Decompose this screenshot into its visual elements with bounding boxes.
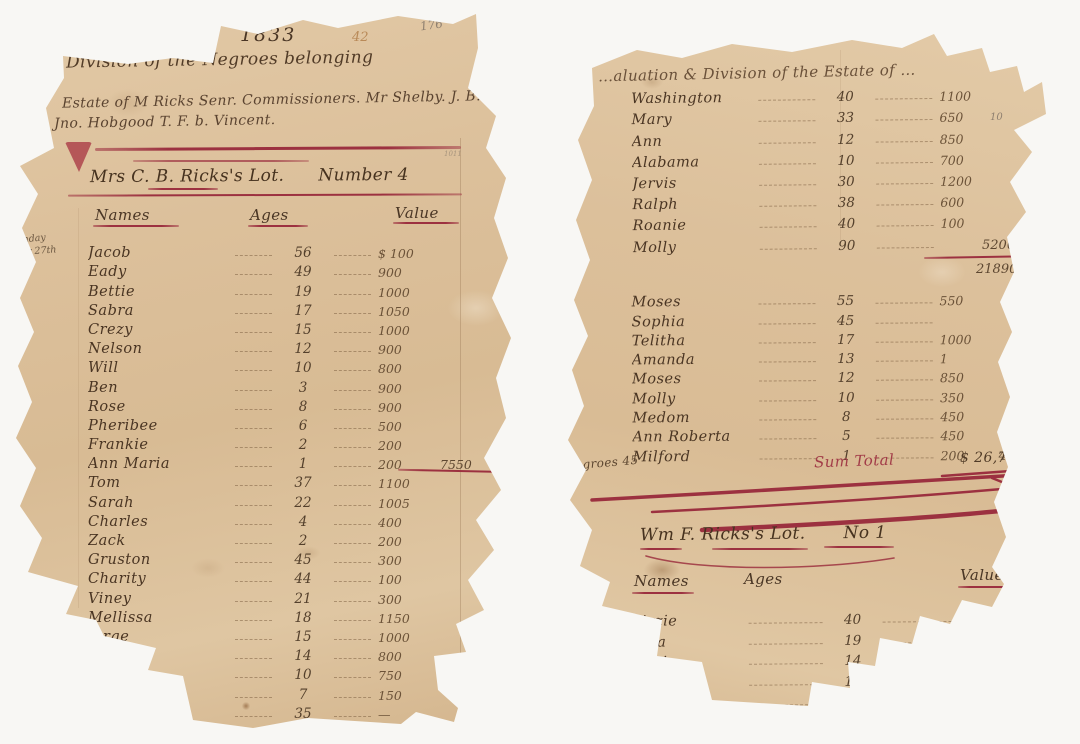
row-name: Will [88,360,228,376]
leader-dashes [758,99,815,101]
table-row: Gruston 45 300 [88,549,486,568]
leader-dashes [876,399,933,400]
column-header-value: Value [395,204,439,222]
lot-heading-number: Number 4 [318,165,409,186]
row-age: 55 [822,293,868,309]
row-name: Mellissa [88,610,228,626]
scanned-document: { "document": { "year": "1833", "pencil_… [0,0,1080,744]
leader-dashes [334,390,371,391]
table-row: 10 750 [88,664,486,683]
red-wax-mark [65,142,92,172]
table-row: Sabra 17 1050 [88,300,486,319]
row-name: Medom [632,410,752,427]
leader-dashes [759,184,816,186]
row-value: 1000 [378,285,440,300]
row-name: Amanda [632,352,752,369]
table-row: Frankie 2 200 [88,434,486,453]
row-value: 200 [378,438,440,453]
table-row: Isom 11 [632,667,1042,691]
leader-dashes [235,716,272,717]
row-age: 49 [279,264,327,280]
row-age: 10 [823,390,869,406]
leader-dashes [235,581,272,582]
row-age: 10 [823,152,869,168]
row-age: 7 [830,714,876,730]
leader-dashes [235,313,272,314]
row-value: 800 [378,649,440,664]
leader-dashes [876,322,933,323]
row-value: $ 100 [378,246,440,261]
row-value: 750 [378,668,440,683]
leader-dashes [759,381,816,382]
row-value: 350 [940,390,998,405]
row-age: 44 [279,571,327,587]
row-name: Molly [632,390,752,407]
row-name: Gruston [88,552,228,568]
leader-dashes [883,662,957,664]
lot-heading-right-page: Wm F. Ricks's Lot. No 1 [640,523,887,546]
row-age: 1 [279,456,327,472]
leader-dashes [749,704,823,706]
row-value: 700 [940,152,998,168]
leader-dashes [334,466,371,467]
table-row: Eady 49 900 [88,261,486,280]
table-row: Viney 21 300 [88,587,486,606]
row-value [964,668,1022,669]
leader-dashes [235,332,272,333]
row-value: 1100 [378,476,440,491]
row-value: — [378,707,440,722]
row-age: 14 [279,648,327,664]
row-name: Viney [88,591,228,607]
row-age: 8 [823,409,869,425]
table-row: Rose 8 900 [88,396,486,415]
red-underline-5200 [924,255,1042,259]
column-header-ages: Ages [250,206,289,224]
red-underline-ricks [148,188,218,190]
red-underline-value [958,586,1014,588]
row-value: 400 [378,515,440,530]
leader-dashes [875,119,932,121]
red-rule-top-short [133,160,309,162]
leader-dashes [334,677,371,678]
row-name: Washington [631,90,751,107]
leader-dashes [760,458,817,459]
red-underline-no1 [824,546,894,548]
row-value: 300 [378,592,440,607]
row-value: 100 [941,216,999,232]
leader-dashes [334,697,371,698]
row-age: 90 [824,237,870,253]
row-age: 2 [279,437,327,453]
row-age: 10 [279,667,327,683]
row-age: 18 [279,610,327,626]
row-age: 30 [823,174,869,190]
row-value [964,708,1022,709]
leader-dashes [334,620,371,621]
table-row: Ben 3 900 [88,376,486,395]
leader-dashes [334,601,371,602]
red-rule-heading [68,193,462,196]
row-value: 1 [940,351,998,366]
row-name: Jacob [88,245,228,261]
row-name: Isom [632,674,742,691]
row-name: Diza [632,634,742,651]
table-row: 35 — [88,703,486,722]
leader-dashes [334,658,371,659]
row-age: 2 [279,533,327,549]
leader-dashes [235,543,272,544]
document-title-line1: Division of the Negroes belonging [66,47,374,72]
row-age: 12 [279,341,327,357]
row-age: 38 [823,195,869,211]
row-value: 1050 [378,304,440,319]
table-row: Nim 7 [632,708,1042,732]
row-name: Nelson [88,341,228,357]
leader-dashes [877,225,934,227]
leader-dashes [877,246,934,248]
leader-dashes [883,703,957,705]
table-row: Zack 2 200 [88,530,486,549]
table-row: Jacob 56 $ 100 [88,242,486,261]
row-name: Pheribee [88,418,228,434]
right-table-group1: Washington 40 1100 Mary 33 650 [631,82,1043,256]
row-name: Telitha [632,332,752,349]
column-header-ages: Ages [744,570,783,588]
row-name: Molly [633,238,753,255]
column-header-value: Value [960,566,1004,584]
leader-dashes [334,543,371,544]
running-total: 21890 [976,262,1017,277]
leader-dashes [334,447,371,448]
margin-note-date: Octr 27th [10,244,57,258]
column-header-names: Names [95,206,150,224]
row-age: 40 [830,612,876,628]
row-value: 450 [940,409,998,424]
leader-dashes [334,505,371,506]
row-value: 1005 [378,496,440,511]
row-value: 800 [378,361,440,376]
row-name: Jervis [632,175,752,192]
lot-heading: Mrs C. B. Ricks's Lot. Number 4 [90,165,409,187]
row-value: 850 [940,370,998,385]
row-name: Nim [632,715,742,732]
row-value [964,688,1022,689]
leader-dashes [876,204,933,206]
table-row: Crezy 15 1000 [88,319,486,338]
table-row: Bettie 19 1000 [88,280,486,299]
group1-subtotal: 5200 [982,238,1015,253]
row-age: 17 [823,332,869,348]
row-name: Charles [88,514,228,530]
leader-dashes [334,274,371,275]
leader-dashes [235,562,272,563]
red-underline-ages [248,225,308,227]
row-age: 37 [279,475,327,491]
lot-heading-number: No 1 [843,523,886,543]
row-name: Sabra [88,303,228,319]
row-value: 900 [378,400,440,415]
row-age: 12 [823,370,869,386]
row-age: 6 [279,418,327,434]
row-name: Zack [88,533,228,549]
row-age: 35 [279,706,327,722]
table-row: Mellissa 18 1150 [88,607,486,626]
leader-dashes [883,683,957,685]
leader-dashes [235,447,272,448]
leader-dashes [235,351,272,352]
row-name: Frankie [88,437,228,453]
document-title-line3: Jno. Hobgood T. F. b. Vincent. [54,112,276,132]
leader-dashes [759,419,816,420]
leader-dashes [235,409,272,410]
row-age: 21 [279,591,327,607]
leader-dashes [883,621,957,623]
row-value: 550 [939,293,997,308]
left-page-table: Jacob 56 $ 100 Eady 49 900 [88,242,486,722]
leader-dashes [235,639,272,640]
leader-dashes [759,323,816,324]
leader-dashes [749,684,823,686]
leader-dashes [235,370,272,371]
leader-dashes [235,294,272,295]
table-row: …rge 15 1000 [88,626,486,645]
leader-dashes [334,716,371,717]
red-rule-top [95,146,461,150]
row-age: 45 [823,312,869,328]
red-underline-value [393,222,459,224]
column-header-names: Names [634,572,689,590]
table-row: Sarah 22 1005 [88,491,486,510]
leader-dashes [749,623,823,625]
leader-dashes [334,581,371,582]
leader-dashes [334,370,371,371]
table-row: 7 150 [88,683,486,702]
row-name: Moses [632,371,752,388]
leader-dashes [235,485,272,486]
leader-dashes [235,390,272,391]
row-value: 150 [378,688,440,703]
row-value: 1200 [940,173,998,189]
leader-dashes [334,255,371,256]
row-name: Ann Maria [88,456,228,472]
table-row: Charity 44 100 [88,568,486,587]
leader-dashes [876,438,933,439]
row-age: 10 [279,360,327,376]
row-age: 45 [279,552,327,568]
lot-heading-left: Mrs C. B. Ricks's Lot. [90,166,284,187]
leader-dashes [875,303,932,304]
row-value: 70… [964,612,1022,628]
leader-dashes [876,183,933,185]
row-value: 300 [378,553,440,568]
row-age: 19 [830,632,876,648]
row-age: 15 [279,629,327,645]
row-age: 33 [822,110,868,126]
right-page-content: …aluation & Division of the Estate of … … [562,22,1070,742]
leader-dashes [235,697,272,698]
leader-dashes [235,428,272,429]
row-age: 40 [822,89,868,105]
row-name: Eady [88,264,228,280]
leader-dashes [235,274,272,275]
table-row: Robin 14 [632,647,1042,671]
document-title-right: …aluation & Division of the Estate of … [598,61,916,86]
row-age: 40 [823,216,869,232]
row-name: …da [88,648,228,664]
pencil-mark-176: 176 [419,16,444,33]
leader-dashes [235,505,272,506]
leader-dashes [760,248,817,250]
row-value: 1150 [378,611,440,626]
row-name: Alabama [632,154,752,171]
leader-dashes [759,142,816,144]
leader-dashes [235,466,272,467]
row-age: 22 [279,495,327,511]
row-age: 7 [279,687,327,703]
right-table-group3: Lizzie 40 70… Diza 19 R [631,606,1042,732]
row-name: Moses [631,294,751,311]
leader-dashes [235,677,272,678]
leader-dashes [759,400,816,401]
row-value: 900 [378,265,440,280]
row-name: Sophia [632,313,752,330]
row-value: 900 [378,381,440,396]
row-value [965,729,1023,730]
leader-dashes [883,642,957,644]
row-value: 900 [378,342,440,357]
crease-line [78,208,79,608]
leader-dashes [749,663,823,665]
row-name: Roanie [633,217,753,234]
row-value: 1000 [940,332,998,347]
leader-dashes [876,380,933,381]
right-page-sheet: …aluation & Division of the Estate of … … [562,22,1070,742]
leader-dashes [876,341,933,342]
lot-heading-left: Wm F. Ricks's Lot. [640,524,806,546]
row-age: 14 [830,653,876,669]
row-name: Robin [632,654,742,671]
leader-dashes [749,724,823,726]
row-value: 1100 [939,89,997,105]
row-age: 56 [279,245,327,261]
row-age: 17 [279,303,327,319]
leader-dashes [334,485,371,486]
table-row: Diza 19 [632,627,1042,651]
row-name: Bettie [88,284,228,300]
row-value: 1000 [378,630,440,645]
leader-dashes [334,294,371,295]
leader-dashes [334,428,371,429]
red-underline-names [93,225,179,227]
leader-dashes [876,162,933,164]
red-underline-names [632,592,694,594]
row-age: 9 [830,694,876,710]
table-row: Nelson 12 900 [88,338,486,357]
leader-dashes [759,205,816,207]
left-page-sheet: 1833 42 176 1011 Division of the Negroes… [8,8,518,740]
leader-dashes [876,418,933,419]
leader-dashes [334,332,371,333]
leader-dashes [749,643,823,645]
leader-dashes [334,562,371,563]
row-value: 850 [940,131,998,147]
leader-dashes [334,409,371,410]
row-name: Ann Roberta [632,429,752,446]
leader-dashes [235,524,272,525]
row-value: 100 [378,572,440,587]
leader-dashes [876,141,933,143]
leader-dashes [883,723,957,725]
row-name: Mary [631,111,751,128]
leader-dashes [759,342,816,343]
leader-dashes [759,163,816,165]
row-age: 8 [279,399,327,415]
row-name: Ralph [632,196,752,213]
table-row: Pheribee 6 500 [88,415,486,434]
row-age: 3 [279,380,327,396]
row-value: 1000 [378,323,440,338]
row-name: …rge [88,629,228,645]
leader-dashes [760,227,817,229]
leader-dashes [334,351,371,352]
row-name: Ned [632,695,742,712]
leader-dashes [235,620,272,621]
row-value: 600 [940,194,998,210]
row-name: Sarah [88,495,228,511]
row-age: 11 [830,673,876,689]
row-age: 4 [279,514,327,530]
row-name: Crezy [88,322,228,338]
leader-dashes [758,121,815,123]
row-age: 19 [279,284,327,300]
table-row: …da 14 800 [88,645,486,664]
row-name: Charity [88,571,228,587]
row-name: Rose [88,399,228,415]
leader-dashes [876,361,933,362]
row-name: Lizzie [632,613,742,630]
table-row: Tom 37 1100 [88,472,486,491]
document-title-line2: Estate of M Ricks Senr. Commissioners. M… [62,88,481,111]
row-value: 450 [940,428,998,443]
row-name: Ann [632,132,752,149]
row-value [964,647,1022,648]
leader-dashes [334,313,371,314]
table-row: Lizzie 40 70… [631,606,1041,630]
table-row: Charles 4 400 [88,511,486,530]
leader-dashes [334,524,371,525]
left-page-content: 1833 42 176 1011 Division of the Negroes… [8,8,518,740]
row-age: 12 [823,131,869,147]
table-row: Ned 9 [632,688,1042,712]
row-age: 15 [279,322,327,338]
leader-dashes [759,361,816,362]
pencil-mark-small: 1011 [444,150,462,158]
row-age: 5 [823,428,869,444]
row-name: Tom [88,475,228,491]
leader-dashes [235,601,272,602]
right-table-group2: Moses 55 550 Sophia 45 [631,289,1042,466]
leader-dashes [758,303,815,304]
leader-dashes [759,439,816,440]
pencil-mark-42: 42 [352,30,369,45]
leader-dashes [235,658,272,659]
row-name: Ben [88,380,228,396]
row-age: 13 [823,351,869,367]
table-row: Will 10 800 [88,357,486,376]
row-value: 200 [378,534,440,549]
row-value: 650 [939,110,997,126]
